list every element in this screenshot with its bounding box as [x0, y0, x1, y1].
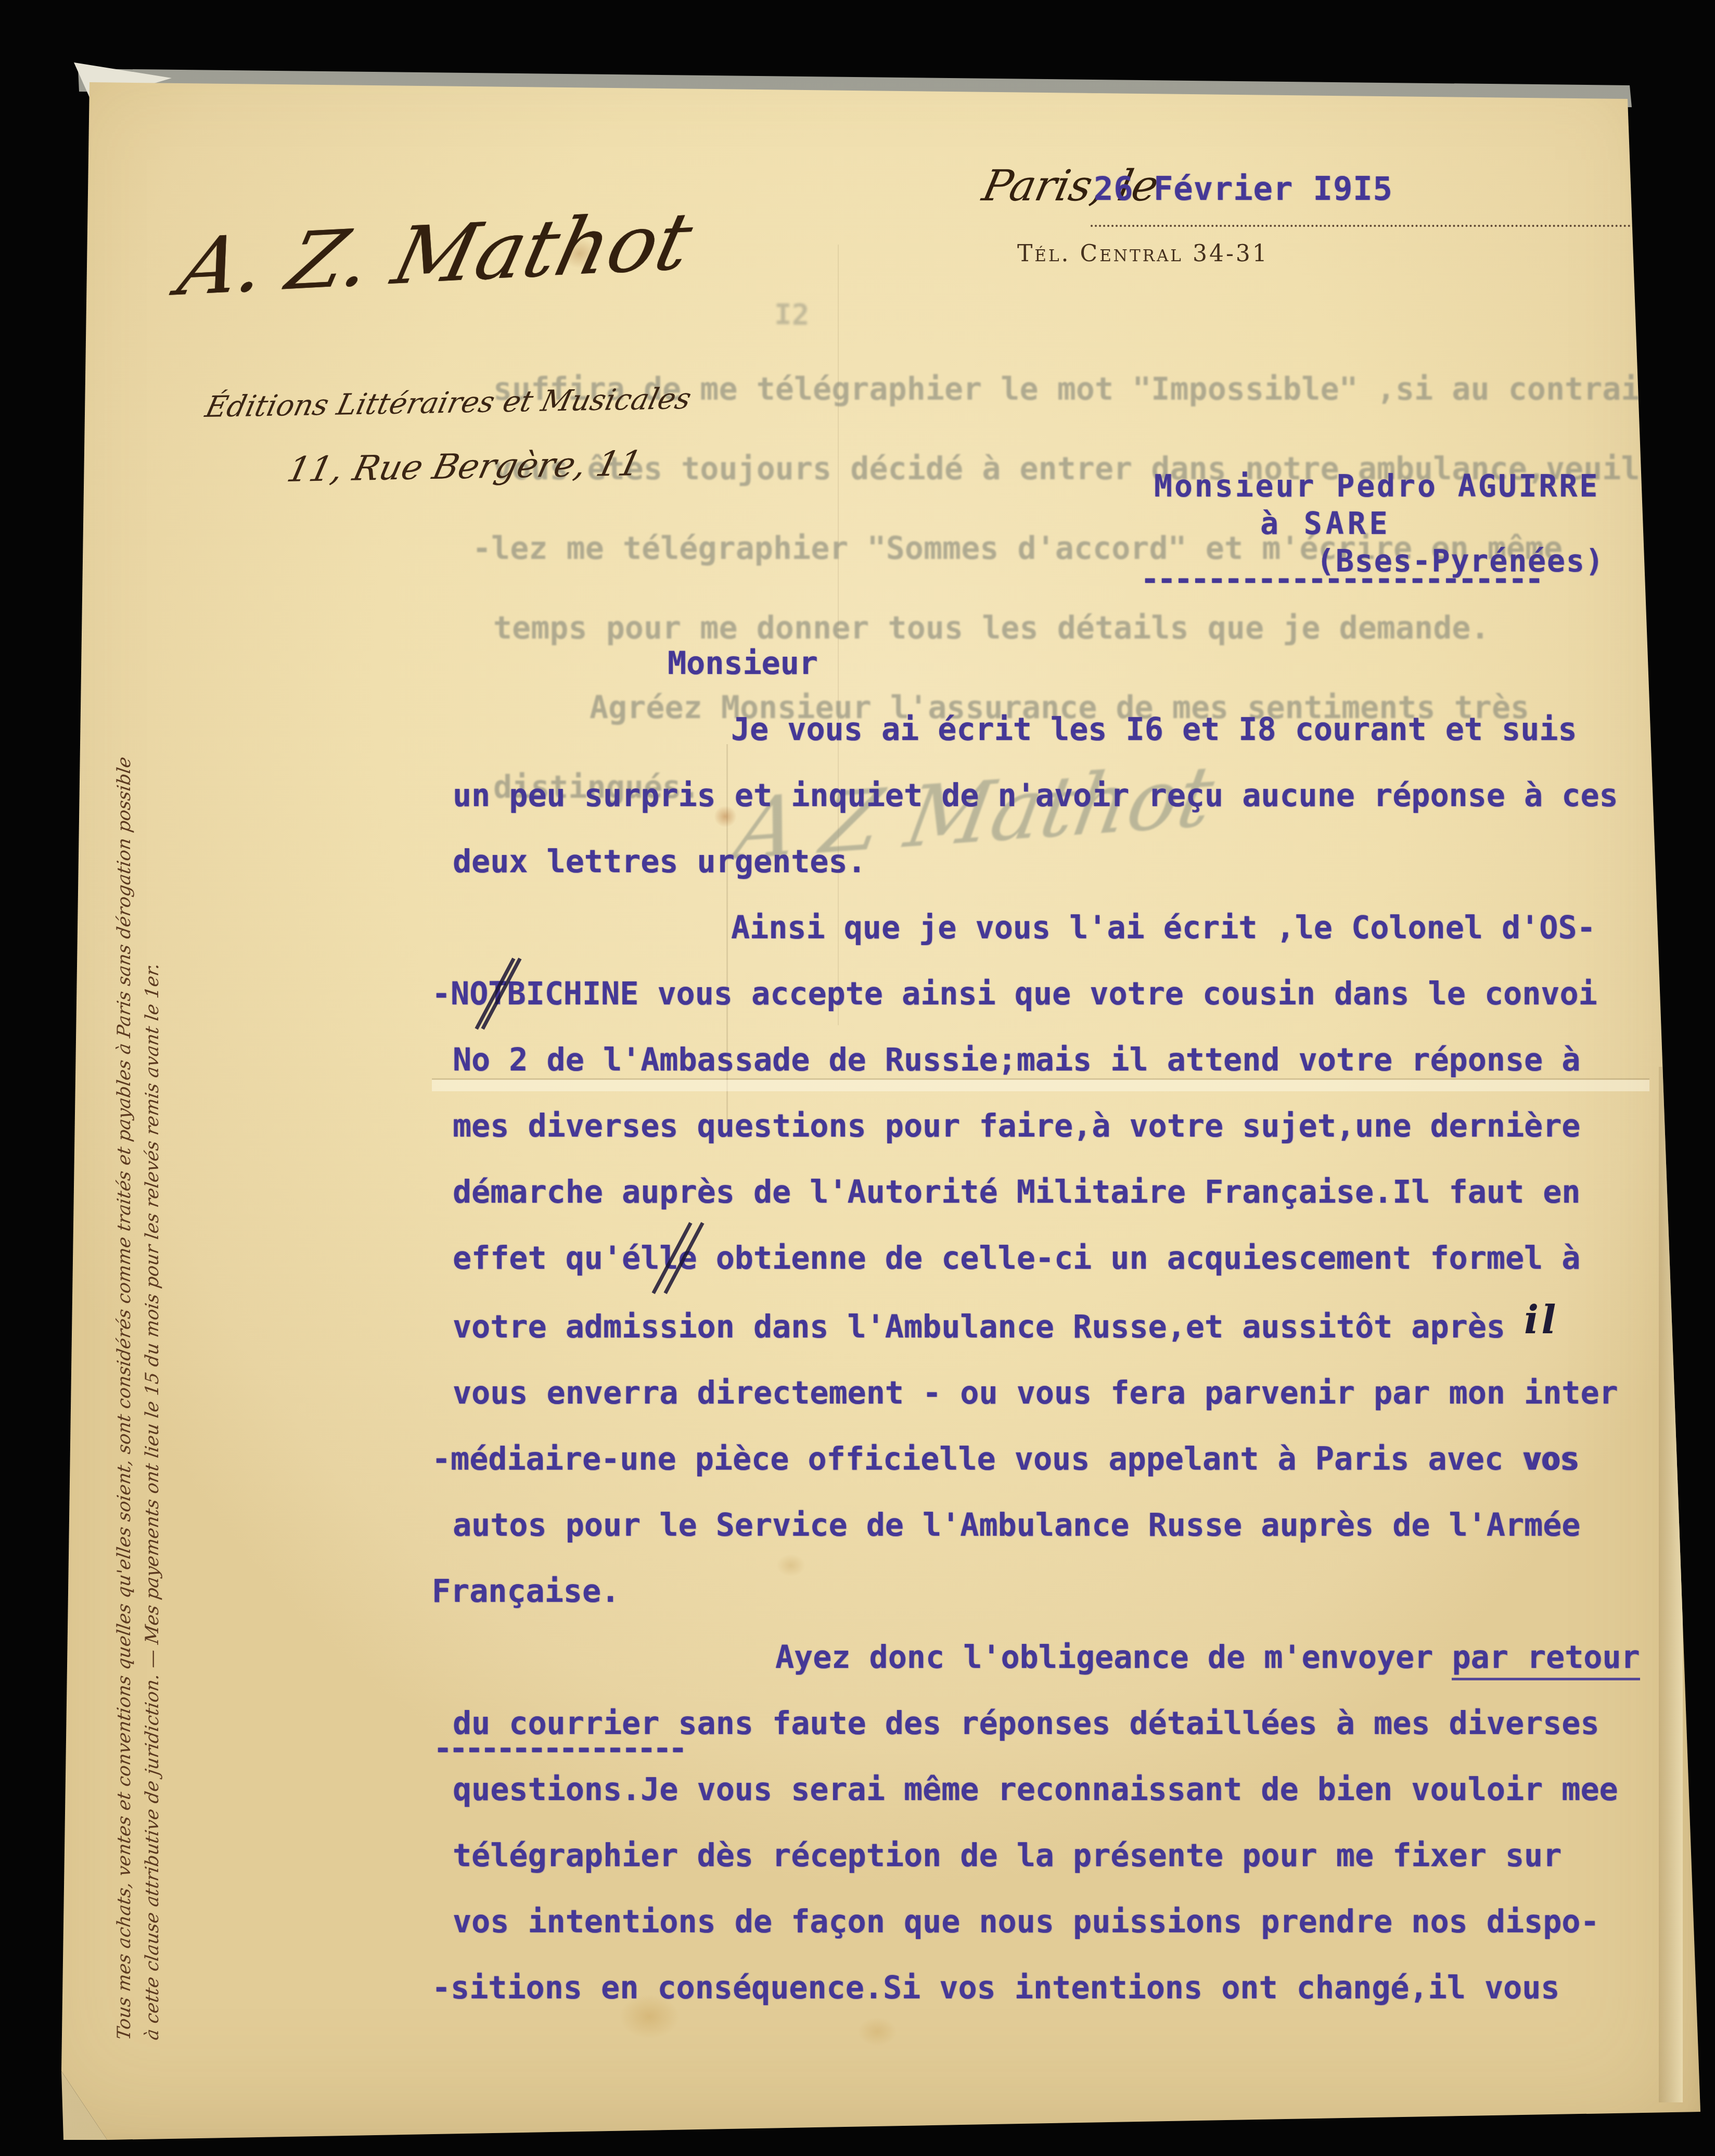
- body-line: vous enverra directement - ou vous fera …: [453, 1360, 1665, 1426]
- recipient-dashed-rule: ------------------------: [1141, 561, 1542, 597]
- body-line: -sitions en conséquence.Si vos intention…: [432, 1955, 1665, 2021]
- body-line: No 2 de l'Ambassade de Russie;mais il at…: [453, 1027, 1665, 1093]
- date-dotted-rule: [1091, 187, 1635, 227]
- letterhead-company: A. Z. Mathot: [171, 195, 700, 313]
- body-line: autos pour le Service de l'Ambulance Rus…: [453, 1492, 1665, 1559]
- paper: I2 suffira de me télégraphier le mot "Im…: [0, 0, 1715, 2156]
- letterhead-phone: Tél. Central 34-31: [1017, 240, 1269, 267]
- recipient-name: Monsieur Pedro AGUIRRE: [1154, 468, 1599, 504]
- recipient-city: à SARE: [1260, 506, 1391, 541]
- body-line: télégraphier dès réception de la présent…: [453, 1823, 1665, 1889]
- body-line: Ainsi que je vous l'ai écrit ,le Colonel…: [731, 895, 1665, 961]
- body-line: vos intentions de façon que nous puissio…: [453, 1889, 1665, 1955]
- body-line: mes diverses questions pour faire,à votr…: [453, 1093, 1665, 1159]
- body-line: Je vous ai écrit les I6 et I8 courant et…: [731, 697, 1665, 763]
- body-line: -NOTBICHINE vous accepte ainsi que votre…: [432, 961, 1665, 1027]
- ghost-page-number: I2: [774, 298, 809, 331]
- letterhead-address: 11, Rue Bergère, 11: [284, 443, 646, 490]
- margin-note-line1: Tous mes achats, ventes et conventions q…: [110, 497, 138, 2042]
- body-line: questions.Je vous serai même reconnaissa…: [453, 1757, 1665, 1823]
- body-line: -médiaire-une pièce officielle vous appe…: [432, 1426, 1665, 1492]
- body-line: effet qu'élle obtienne de celle-ci un ac…: [453, 1226, 1665, 1292]
- body-line: Monsieur: [668, 631, 1665, 697]
- margin-note: Tous mes achats, ventes et conventions q…: [110, 500, 167, 2040]
- stain: [857, 2017, 897, 2046]
- body-line: deux lettres urgentes.: [453, 829, 1665, 895]
- scanned-letter-page: { "letterhead": { "company": "A. Z. Math…: [0, 0, 1715, 2156]
- body-line: Française.: [432, 1559, 1665, 1625]
- body-line: un peu surpris et inquiet de n'avoir reç…: [453, 763, 1665, 829]
- body-line: Ayez donc l'obligeance de m'envoyer par …: [775, 1625, 1665, 1691]
- body-line: démarche auprès de l'Autorité Militaire …: [453, 1159, 1665, 1226]
- letter-body: MonsieurJe vous ai écrit les I6 et I8 co…: [453, 631, 1665, 2021]
- body-line: votre admission dans l'Ambulance Russe,e…: [453, 1292, 1665, 1360]
- margin-note-line2: à cette clause attributive de juridictio…: [138, 497, 167, 2042]
